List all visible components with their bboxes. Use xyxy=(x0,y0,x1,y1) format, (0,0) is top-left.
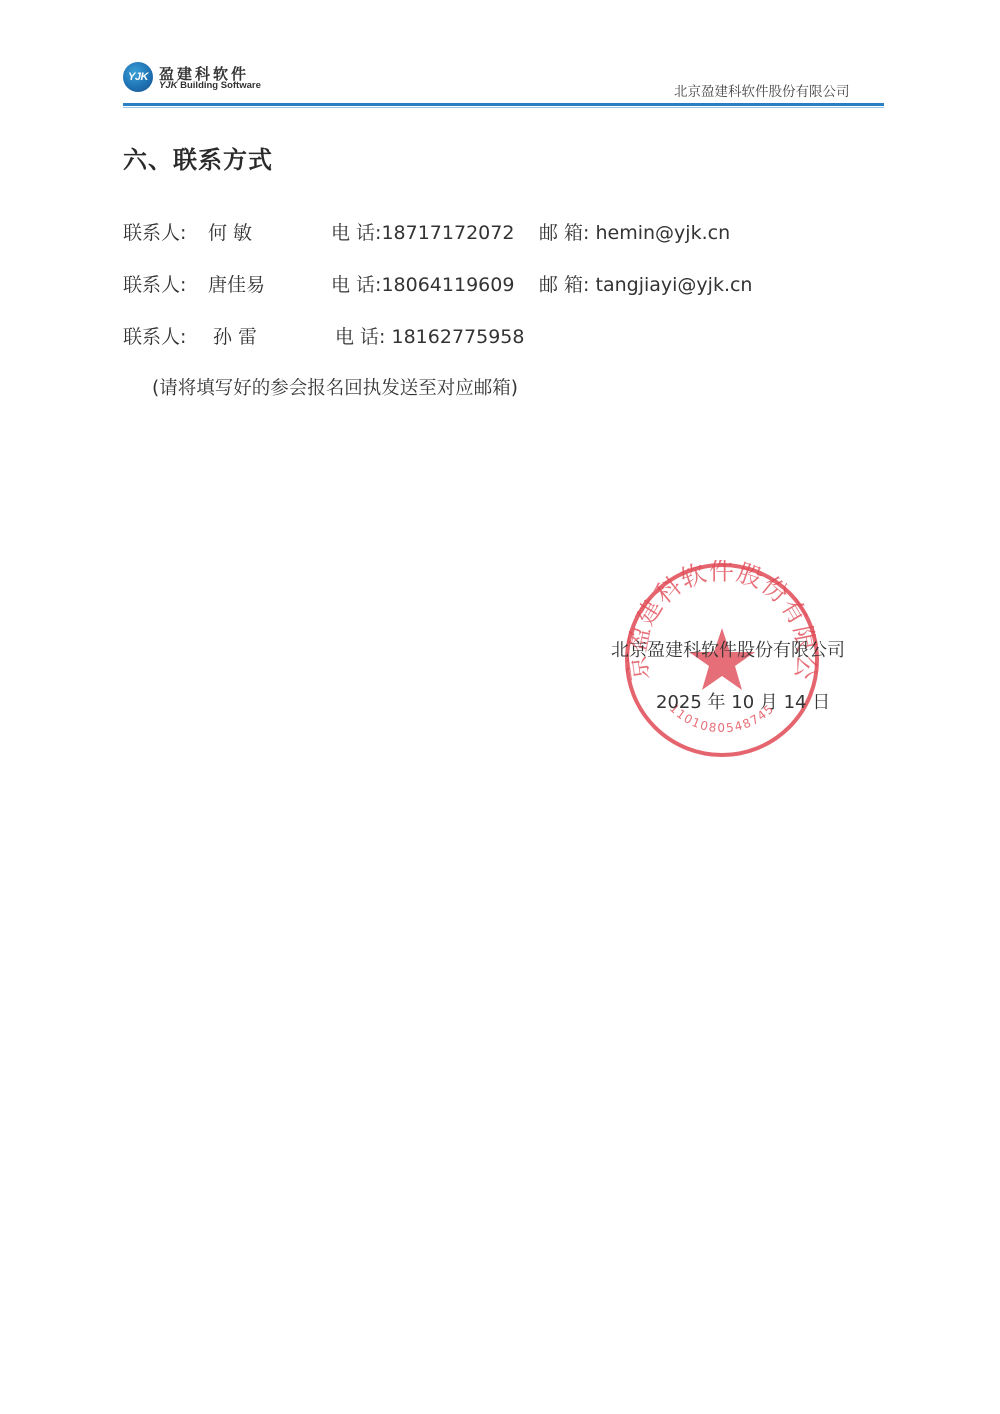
submission-note: (请将填写好的参会报名回执发送至对应邮箱) xyxy=(152,374,518,400)
logo-mark-text: YJK xyxy=(128,71,148,83)
contact-email: 邮 箱: tangjiayi@yjk.cn xyxy=(539,270,752,297)
contact-label: 联系人: xyxy=(123,270,186,297)
email-label: 邮 箱: xyxy=(539,274,589,296)
header-divider xyxy=(123,103,884,106)
logo-tagline: Building Software xyxy=(177,80,260,91)
logo-english-name: YJK Building Software xyxy=(159,80,261,91)
contact-name: 唐佳易 xyxy=(208,270,265,297)
contact-phone: 电 话:18717172072 xyxy=(331,218,514,245)
contact-phone: 电 话: 18162775958 xyxy=(335,322,524,349)
contact-name: 孙 雷 xyxy=(213,322,257,349)
logo-brand: YJK xyxy=(159,80,177,91)
phone-number: 18162775958 xyxy=(392,326,525,348)
contact-label: 联系人: xyxy=(123,322,186,349)
phone-number: 18064119609 xyxy=(381,274,514,296)
phone-label: 电 话: xyxy=(335,326,385,348)
signature-date: 2025 年 10 月 14 日 xyxy=(656,688,830,714)
contact-name: 何 敏 xyxy=(208,218,252,245)
header-divider-thin xyxy=(123,107,884,108)
phone-label: 电 话: xyxy=(331,274,381,296)
email-label: 邮 箱: xyxy=(539,222,589,244)
section-title: 六、联系方式 xyxy=(123,140,273,175)
signature-company: 北京盈建科软件股份有限公司 xyxy=(611,636,845,662)
email-address[interactable]: tangjiayi@yjk.cn xyxy=(596,274,753,296)
contact-label: 联系人: xyxy=(123,218,186,245)
email-address[interactable]: hemin@yjk.cn xyxy=(596,222,731,244)
header-company-name: 北京盈建科软件股份有限公司 xyxy=(674,80,850,100)
contact-email: 邮 箱: hemin@yjk.cn xyxy=(539,218,730,245)
contact-phone: 电 话:18064119609 xyxy=(331,270,514,297)
phone-number: 18717172072 xyxy=(381,222,514,244)
phone-label: 电 话: xyxy=(331,222,381,244)
company-logo-icon: YJK xyxy=(123,62,153,92)
